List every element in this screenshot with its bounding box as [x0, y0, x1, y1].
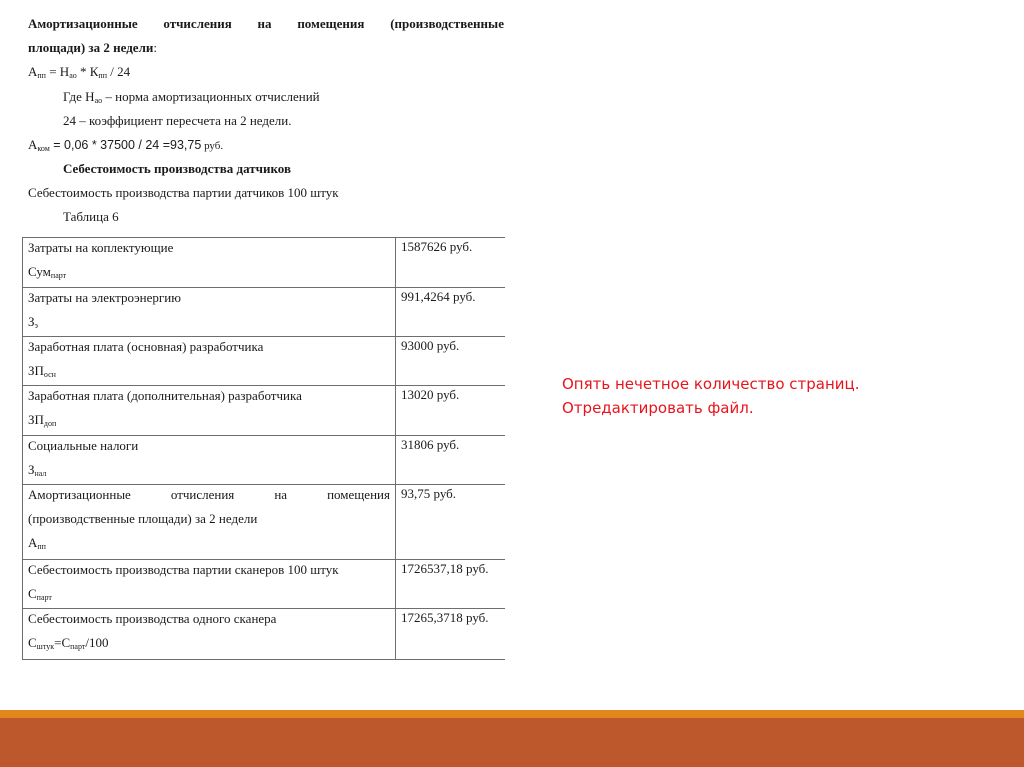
where-prefix: Где Н: [63, 89, 95, 104]
row-label: Себестоимость производства партии сканер…: [28, 562, 339, 578]
calc-lhs: А: [28, 137, 37, 152]
formula-k-sub: пп: [98, 71, 107, 80]
heading-word: помещения: [297, 16, 364, 32]
formula-lhs: А: [28, 64, 37, 79]
table-caption: Таблица 6: [63, 209, 119, 225]
where-line: Где Нао – норма амортизационных отчислен…: [63, 89, 320, 105]
table-row: Амортизационные отчисления на помещения …: [22, 484, 505, 559]
calc-unit: руб.: [201, 140, 223, 152]
heading-line-2: площади) за 2 недели:: [28, 40, 157, 56]
heading-word: отчисления: [163, 16, 231, 32]
row-label: Себестоимость производства одного сканер…: [28, 611, 276, 627]
table-row: Заработная плата (дополнительная) разраб…: [22, 385, 505, 435]
row-symbol: Зэ: [28, 314, 38, 330]
heading-line-1: Амортизационные отчисления на помещения …: [28, 16, 504, 32]
row-value: 93,75 руб.: [401, 486, 456, 502]
where-sub: ао: [95, 96, 103, 105]
section-title: Себестоимость производства датчиков: [63, 161, 291, 177]
row-label: Социальные налоги: [28, 438, 138, 454]
table-row: Себестоимость производства партии сканер…: [22, 559, 505, 608]
calculation-line: Аком = 0,06 * 37500 / 24 =93,75 руб.: [28, 137, 223, 154]
formula-lhs-sub: пп: [37, 71, 46, 80]
row-symbol: Спарт: [28, 586, 52, 602]
review-note-line-1: Опять нечетное количество страниц.: [562, 372, 860, 396]
row-value: 31806 руб.: [401, 437, 459, 453]
row-label: Заработная плата (дополнительная) разраб…: [28, 388, 302, 404]
table-cell-label: Затраты на электроэнергию Зэ: [22, 288, 396, 336]
footer-band: [0, 718, 1024, 767]
row-value: 1726537,18 руб.: [401, 561, 489, 577]
row-value: 13020 руб.: [401, 387, 459, 403]
table-cell-label: Себестоимость производства партии сканер…: [22, 560, 396, 608]
formula-eq: = Н: [46, 64, 69, 79]
formula-line: Апп = Нао * Кпп / 24: [28, 64, 130, 80]
row-label-line-2: (производственные площади) за 2 недели: [28, 511, 257, 527]
row-value: 17265,3718 руб.: [401, 610, 489, 626]
row-symbol: Знал: [28, 462, 46, 478]
footer-accent-stripe: [0, 710, 1024, 718]
row-label: Заработная плата (основная) разработчика: [28, 339, 263, 355]
table-cell-label: Себестоимость производства одного сканер…: [22, 609, 396, 659]
formula-rhs: / 24: [107, 64, 130, 79]
table-cell-label: Затраты на коплектующие Сумпарт: [22, 238, 396, 287]
table-cell-label: Амортизационные отчисления на помещения …: [22, 485, 396, 559]
table-row: Себестоимость производства одного сканер…: [22, 608, 505, 660]
table-cell-label: Социальные налоги Знал: [22, 436, 396, 484]
heading-word: (производственные: [390, 16, 504, 32]
table-row: Заработная плата (основная) разработчика…: [22, 336, 505, 385]
row-label: Затраты на электроэнергию: [28, 290, 181, 306]
formula-h-sub: ао: [69, 71, 77, 80]
row-value: 93000 руб.: [401, 338, 459, 354]
where-suffix: – норма амортизационных отчислений: [102, 89, 320, 104]
review-note-line-2: Отредактировать файл.: [562, 396, 860, 420]
review-note: Опять нечетное количество страниц. Отред…: [562, 372, 860, 420]
row-symbol: Сштук=Спарт/100: [28, 635, 108, 651]
row-value: 991,4264 руб.: [401, 289, 476, 305]
table-row: Социальные налоги Знал 31806 руб.: [22, 435, 505, 484]
table-row: Затраты на электроэнергию Зэ 991,4264 ру…: [22, 287, 505, 336]
row-symbol: Апп: [28, 535, 46, 551]
row-label: Затраты на коплектующие: [28, 240, 173, 256]
heading-text: площади) за 2 недели: [28, 40, 153, 55]
row-symbol: ЗПосн: [28, 363, 56, 379]
table-row: Затраты на коплектующие Сумпарт 1587626 …: [22, 237, 505, 287]
formula-mid: * К: [77, 64, 99, 79]
table-cell-label: Заработная плата (дополнительная) разраб…: [22, 386, 396, 435]
heading-word: Амортизационные: [28, 16, 138, 32]
calc-lhs-sub: ком: [37, 144, 49, 153]
heading-colon: :: [153, 40, 157, 55]
row-symbol: Сумпарт: [28, 264, 66, 280]
row-label-line-1: Амортизационные отчисления на помещения: [28, 487, 390, 503]
coefficient-line: 24 – коэффициент пересчета на 2 недели.: [63, 113, 291, 129]
row-symbol: ЗПдоп: [28, 412, 56, 428]
calc-expression: = 0,06 * 37500 / 24 =93,75: [50, 138, 202, 152]
section-subtitle: Себестоимость производства партии датчик…: [28, 185, 339, 201]
heading-word: на: [258, 16, 272, 32]
row-value: 1587626 руб.: [401, 239, 472, 255]
table-cell-label: Заработная плата (основная) разработчика…: [22, 337, 396, 385]
